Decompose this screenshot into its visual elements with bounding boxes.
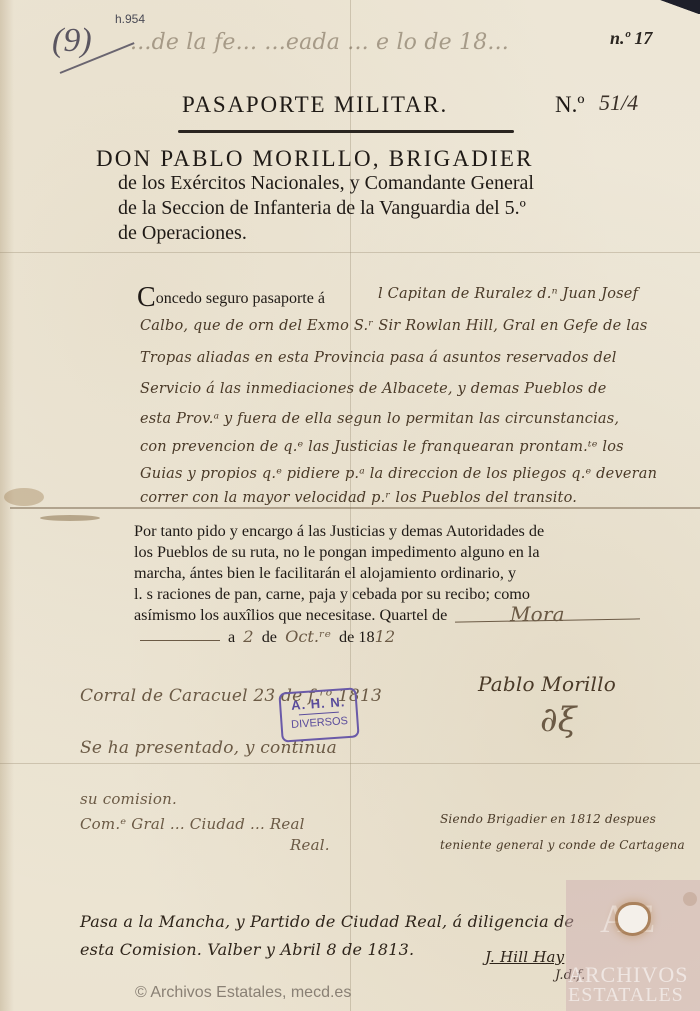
date-underline [140,640,220,641]
signature-rubric: ∂ξ [540,700,577,740]
date-year-printed: 18 [358,628,374,646]
grant-printed-lead: Concedo seguro pasaporte á [137,282,325,314]
date-year-hand: 12 [375,627,396,646]
issuer-line: de los Exércitos Nacionales, y Comandant… [118,172,534,195]
scan-background-corner [640,0,700,14]
endorsement-line: Pasa a la Mancha, y Partido de Ciudad Re… [80,912,574,931]
watermark-text: ESTATALES [568,984,684,1007]
handwritten-line: Tropas aliadas en esta Provincia pasa á … [140,350,617,366]
grant-lead-text: oncedo seguro pasaporte á [156,290,325,307]
date-month: Oct.ʳᵉ [285,627,331,646]
horizontal-fold-line [0,763,700,764]
issue-date: a 2 de Oct.ʳᵉ de 1812 [228,627,395,647]
archive-reference: h.954 [115,12,145,26]
date-day: 2 [243,627,253,646]
section-divider [10,507,700,509]
horizontal-fold-line [0,252,700,253]
handwritten-line: Servicio á las inmediaciones de Albacete… [140,381,606,397]
handwritten-line: l Capitan de Ruralez d.ⁿ Juan Josef [378,286,638,302]
endorsement-line: esta Comision. Valber y Abril 8 de 1813. [80,940,414,959]
date-prefix: a [228,628,235,646]
issuer-line: de Operaciones. [118,222,247,245]
stamp-ahn: A. H. N. [281,693,356,713]
document-scan: h.954 (9) ...de la fe... ...eada ... e l… [0,0,700,1011]
document-title: PASAPORTE MILITAR. [182,92,448,118]
side-note-line: Siendo Brigadier en 1812 despues [440,812,656,826]
stamp-diversos: DIVERSOS [282,714,357,731]
drop-cap: C [137,282,156,313]
signature-pablo-morillo: Pablo Morillo [478,672,616,696]
paper-tear [40,515,100,521]
title-underline [178,130,514,133]
request-line: marcha, ántes bien le facilitarán el alo… [134,564,516,583]
issuer-line: de la Seccion de Infanteria de la Vangua… [118,197,526,220]
number-label: N.º [555,92,585,118]
request-line: Por tanto pido y encargo á las Justicias… [134,522,544,541]
side-note-line: teniente general y conde de Cartagena [440,838,685,852]
endorsement-line: su comision. [80,790,177,808]
quartel-place: Mora [510,602,565,626]
handwritten-line: esta Prov.ᵃ y fuera de ella segun lo per… [140,411,619,427]
paper-edge-shadow [0,0,14,1011]
date-of: de [262,628,277,646]
stamp-divider [299,712,339,716]
endorsement-line: Com.ᵉ Gral ... Ciudad ... Real [80,815,305,833]
passport-number: 51/4 [599,90,638,116]
request-line: los Pueblos de su ruta, no le pongan imp… [134,543,540,562]
endorsement-signature: J. Hill Hay [485,948,564,966]
endorsement-line: Real. [290,836,330,854]
request-line: asímismo los auxîlios que necesitase. Qu… [134,606,447,625]
handwritten-line: Guias y propios q.ᵉ pidiere p.ᵃ la direc… [140,466,657,482]
request-line: l. s raciones de pan, carne, paja y ceba… [134,585,530,604]
handwritten-line: correr con la mayor velocidad p.ʳ los Pu… [140,490,577,506]
handwritten-line: con prevencion de q.ᵉ las Justicias le f… [140,439,624,455]
faint-bleedthrough-text: ...de la fe... ...eada ... e lo de 18... [130,30,509,55]
ink-stain [4,488,44,506]
top-right-number: n.º 17 [610,28,652,49]
archive-stamp: A. H. N. DIVERSOS [278,687,359,742]
date-of: de [339,628,354,646]
folio-mark: (9) [52,22,92,60]
copyright-notice: © Archivos Estatales, mecd.es [135,984,351,1002]
issuer-name: DON PABLO MORILLO, BRIGADIER [96,146,534,172]
handwritten-line: Calbo, que de orn del Exmo S.ʳ Sir Rowla… [140,318,648,334]
